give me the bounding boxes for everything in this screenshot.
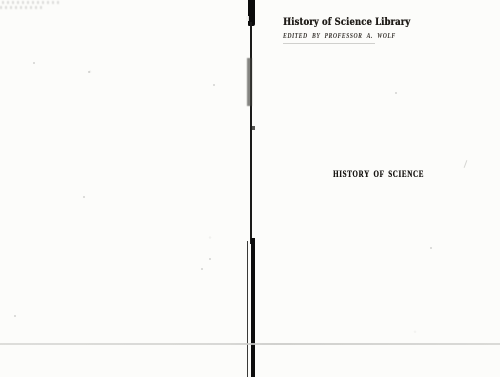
series-title: History of Science Library — [283, 15, 410, 29]
paper-speckle — [14, 315, 16, 317]
gutter-top-notch — [246, 16, 249, 21]
gutter-middle-segment — [250, 22, 253, 244]
series-editor-line: EDITED BY PROFESSOR A. WOLF — [283, 31, 396, 41]
scan-artifact-horizontal-line — [0, 343, 500, 345]
paper-speckle — [209, 258, 211, 260]
scan-artifact-noise — [2, 1, 60, 4]
series-header-rule — [283, 43, 375, 44]
paper-speckle — [395, 92, 397, 94]
gutter-bottom-thick-line — [251, 238, 256, 377]
scan-artifact-noise — [0, 6, 44, 9]
right-page — [253, 0, 500, 377]
paper-speckle — [201, 268, 203, 270]
left-page-blank — [0, 0, 248, 377]
half-title-text: HISTORY OF SCIENCE — [333, 169, 424, 181]
gutter-tick-mark — [252, 126, 255, 130]
paper-speckle — [33, 62, 35, 64]
gutter-bottom-thin-line — [247, 241, 249, 377]
paper-speckle — [88, 71, 90, 73]
paper-speckle — [213, 84, 215, 86]
gutter-ink-blob — [247, 58, 252, 106]
paper-speckle — [430, 247, 432, 249]
paper-speckle — [83, 196, 85, 198]
scanned-book-spread: History of Science Library EDITED BY PRO… — [0, 0, 500, 377]
